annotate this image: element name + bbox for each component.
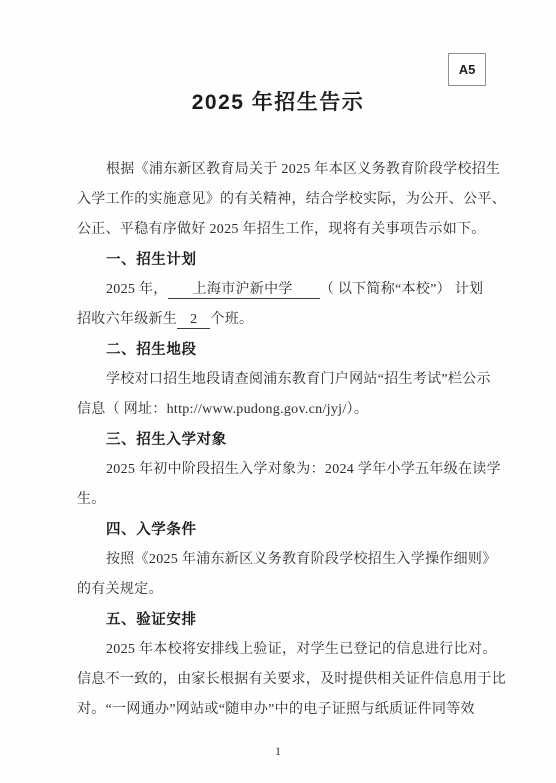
paper-size-label: A5 bbox=[459, 62, 476, 77]
page-title: 2025 年招生告示 bbox=[0, 86, 556, 116]
target-students-line-2: 生。 bbox=[77, 485, 497, 515]
class-count-underlined: 2 bbox=[177, 312, 210, 329]
enrollment-plan-line-1: 2025 年，上海市沪新中学（ 以下简称“本校”） 计划 bbox=[77, 275, 497, 305]
section-heading-verification: 五、验证安排 bbox=[77, 605, 497, 635]
admission-conditions-line-1: 按照《2025 年浦东新区义务教育阶段学校招生入学操作细则》 bbox=[77, 545, 497, 575]
intro-line-1: 根据《浦东新区教育局关于 2025 年本区义务教育阶段学校招生 bbox=[77, 155, 497, 185]
document-body: 根据《浦东新区教育局关于 2025 年本区义务教育阶段学校招生 入学工作的实施意… bbox=[77, 155, 497, 725]
target-students-line-1: 2025 年初中阶段招生入学对象为：2024 学年小学五年级在读学 bbox=[77, 455, 497, 485]
page-number: 1 bbox=[0, 744, 556, 759]
verification-line-3: 对。“一网通办”网站或“随申办”中的电子证照与纸质证件同等效 bbox=[77, 695, 497, 725]
admission-conditions-line-2: 的有关规定。 bbox=[77, 575, 497, 605]
section-heading-target-students: 三、招生入学对象 bbox=[77, 425, 497, 455]
paper-size-badge: A5 bbox=[448, 53, 486, 86]
section-heading-admission-conditions: 四、入学条件 bbox=[77, 515, 497, 545]
document-page: A5 2025 年招生告示 根据《浦东新区教育局关于 2025 年本区义务教育阶… bbox=[0, 0, 556, 783]
intro-line-2: 入学工作的实施意见》的有关精神，结合学校实际，为公开、公平、 bbox=[77, 185, 497, 215]
section-heading-enrollment-plan: 一、招生计划 bbox=[77, 245, 497, 275]
enrollment-area-line-2: 信息（ 网址：http://www.pudong.gov.cn/jyj/）。 bbox=[77, 395, 497, 425]
class-text-post: 个班。 bbox=[210, 312, 253, 327]
school-name-underlined: 上海市沪新中学 bbox=[168, 282, 320, 299]
enrollment-plan-line-2: 招收六年级新生2个班。 bbox=[77, 305, 497, 335]
plan-text-post: （ 以下简称“本校”） 计划 bbox=[320, 282, 484, 297]
class-text-pre: 招收六年级新生 bbox=[77, 312, 177, 327]
enrollment-area-line-1: 学校对口招生地段请查阅浦东教育门户网站“招生考试”栏公示 bbox=[77, 365, 497, 395]
verification-line-1: 2025 年本校将安排线上验证，对学生已登记的信息进行比对。 bbox=[77, 635, 497, 665]
intro-line-3: 公正、平稳有序做好 2025 年招生工作，现将有关事项告示如下。 bbox=[77, 215, 497, 245]
plan-text-pre: 2025 年， bbox=[106, 282, 168, 297]
section-heading-enrollment-area: 二、招生地段 bbox=[77, 335, 497, 365]
verification-line-2: 信息不一致的，由家长根据有关要求，及时提供相关证件信息用于比 bbox=[77, 665, 497, 695]
